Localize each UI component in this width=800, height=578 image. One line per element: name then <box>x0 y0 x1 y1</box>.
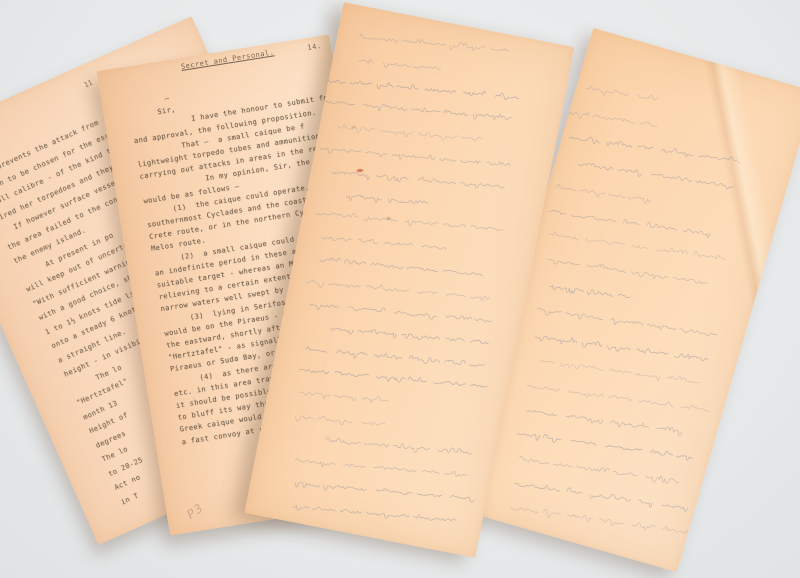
photo-of-documents: 11 (b) prevents the attack fromknown to … <box>0 0 800 578</box>
